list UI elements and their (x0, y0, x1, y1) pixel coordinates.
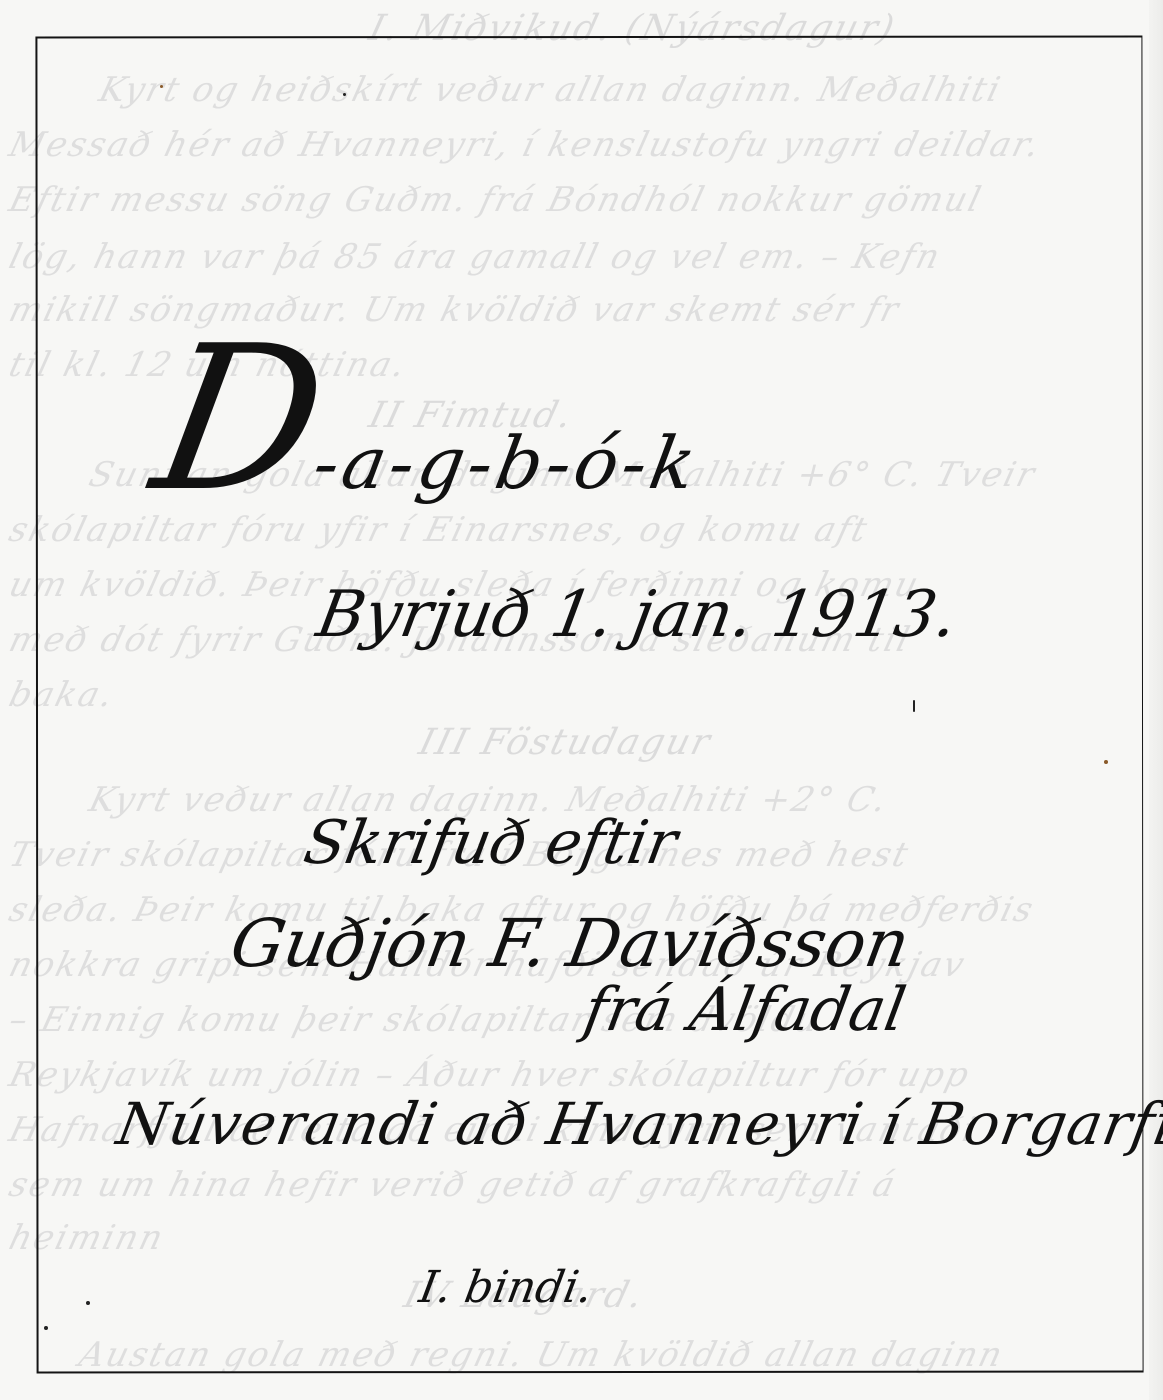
author-name: Guðjón F. Davíðsson (225, 905, 915, 982)
ink-speck (343, 93, 346, 96)
written-by-label: Skrifuð eftir (299, 808, 682, 878)
ruled-frame-border (35, 36, 1143, 1374)
volume-number: I. bindi. (416, 1262, 597, 1313)
ink-speck (86, 1301, 90, 1305)
manuscript-page: I. Miðvikud. (Nýársdagur)Kyrt og heiðskí… (0, 0, 1163, 1400)
stain-speck (1104, 760, 1108, 764)
page-edge-shadow (1149, 0, 1163, 1400)
author-residence: Núverandi að Hvanneyri í Borgarfirði (112, 1090, 1163, 1158)
ink-speck (44, 1326, 48, 1330)
ink-speck (913, 700, 915, 712)
title-letters: -a-g-b-ó-k (307, 421, 706, 505)
author-origin: frá Álfadal (579, 975, 911, 1045)
begun-date-line: Byrjuð 1. jan. 1913. (311, 578, 962, 652)
stain-speck (160, 85, 163, 88)
diary-title: D-a-g-b-ó-k (142, 320, 723, 520)
